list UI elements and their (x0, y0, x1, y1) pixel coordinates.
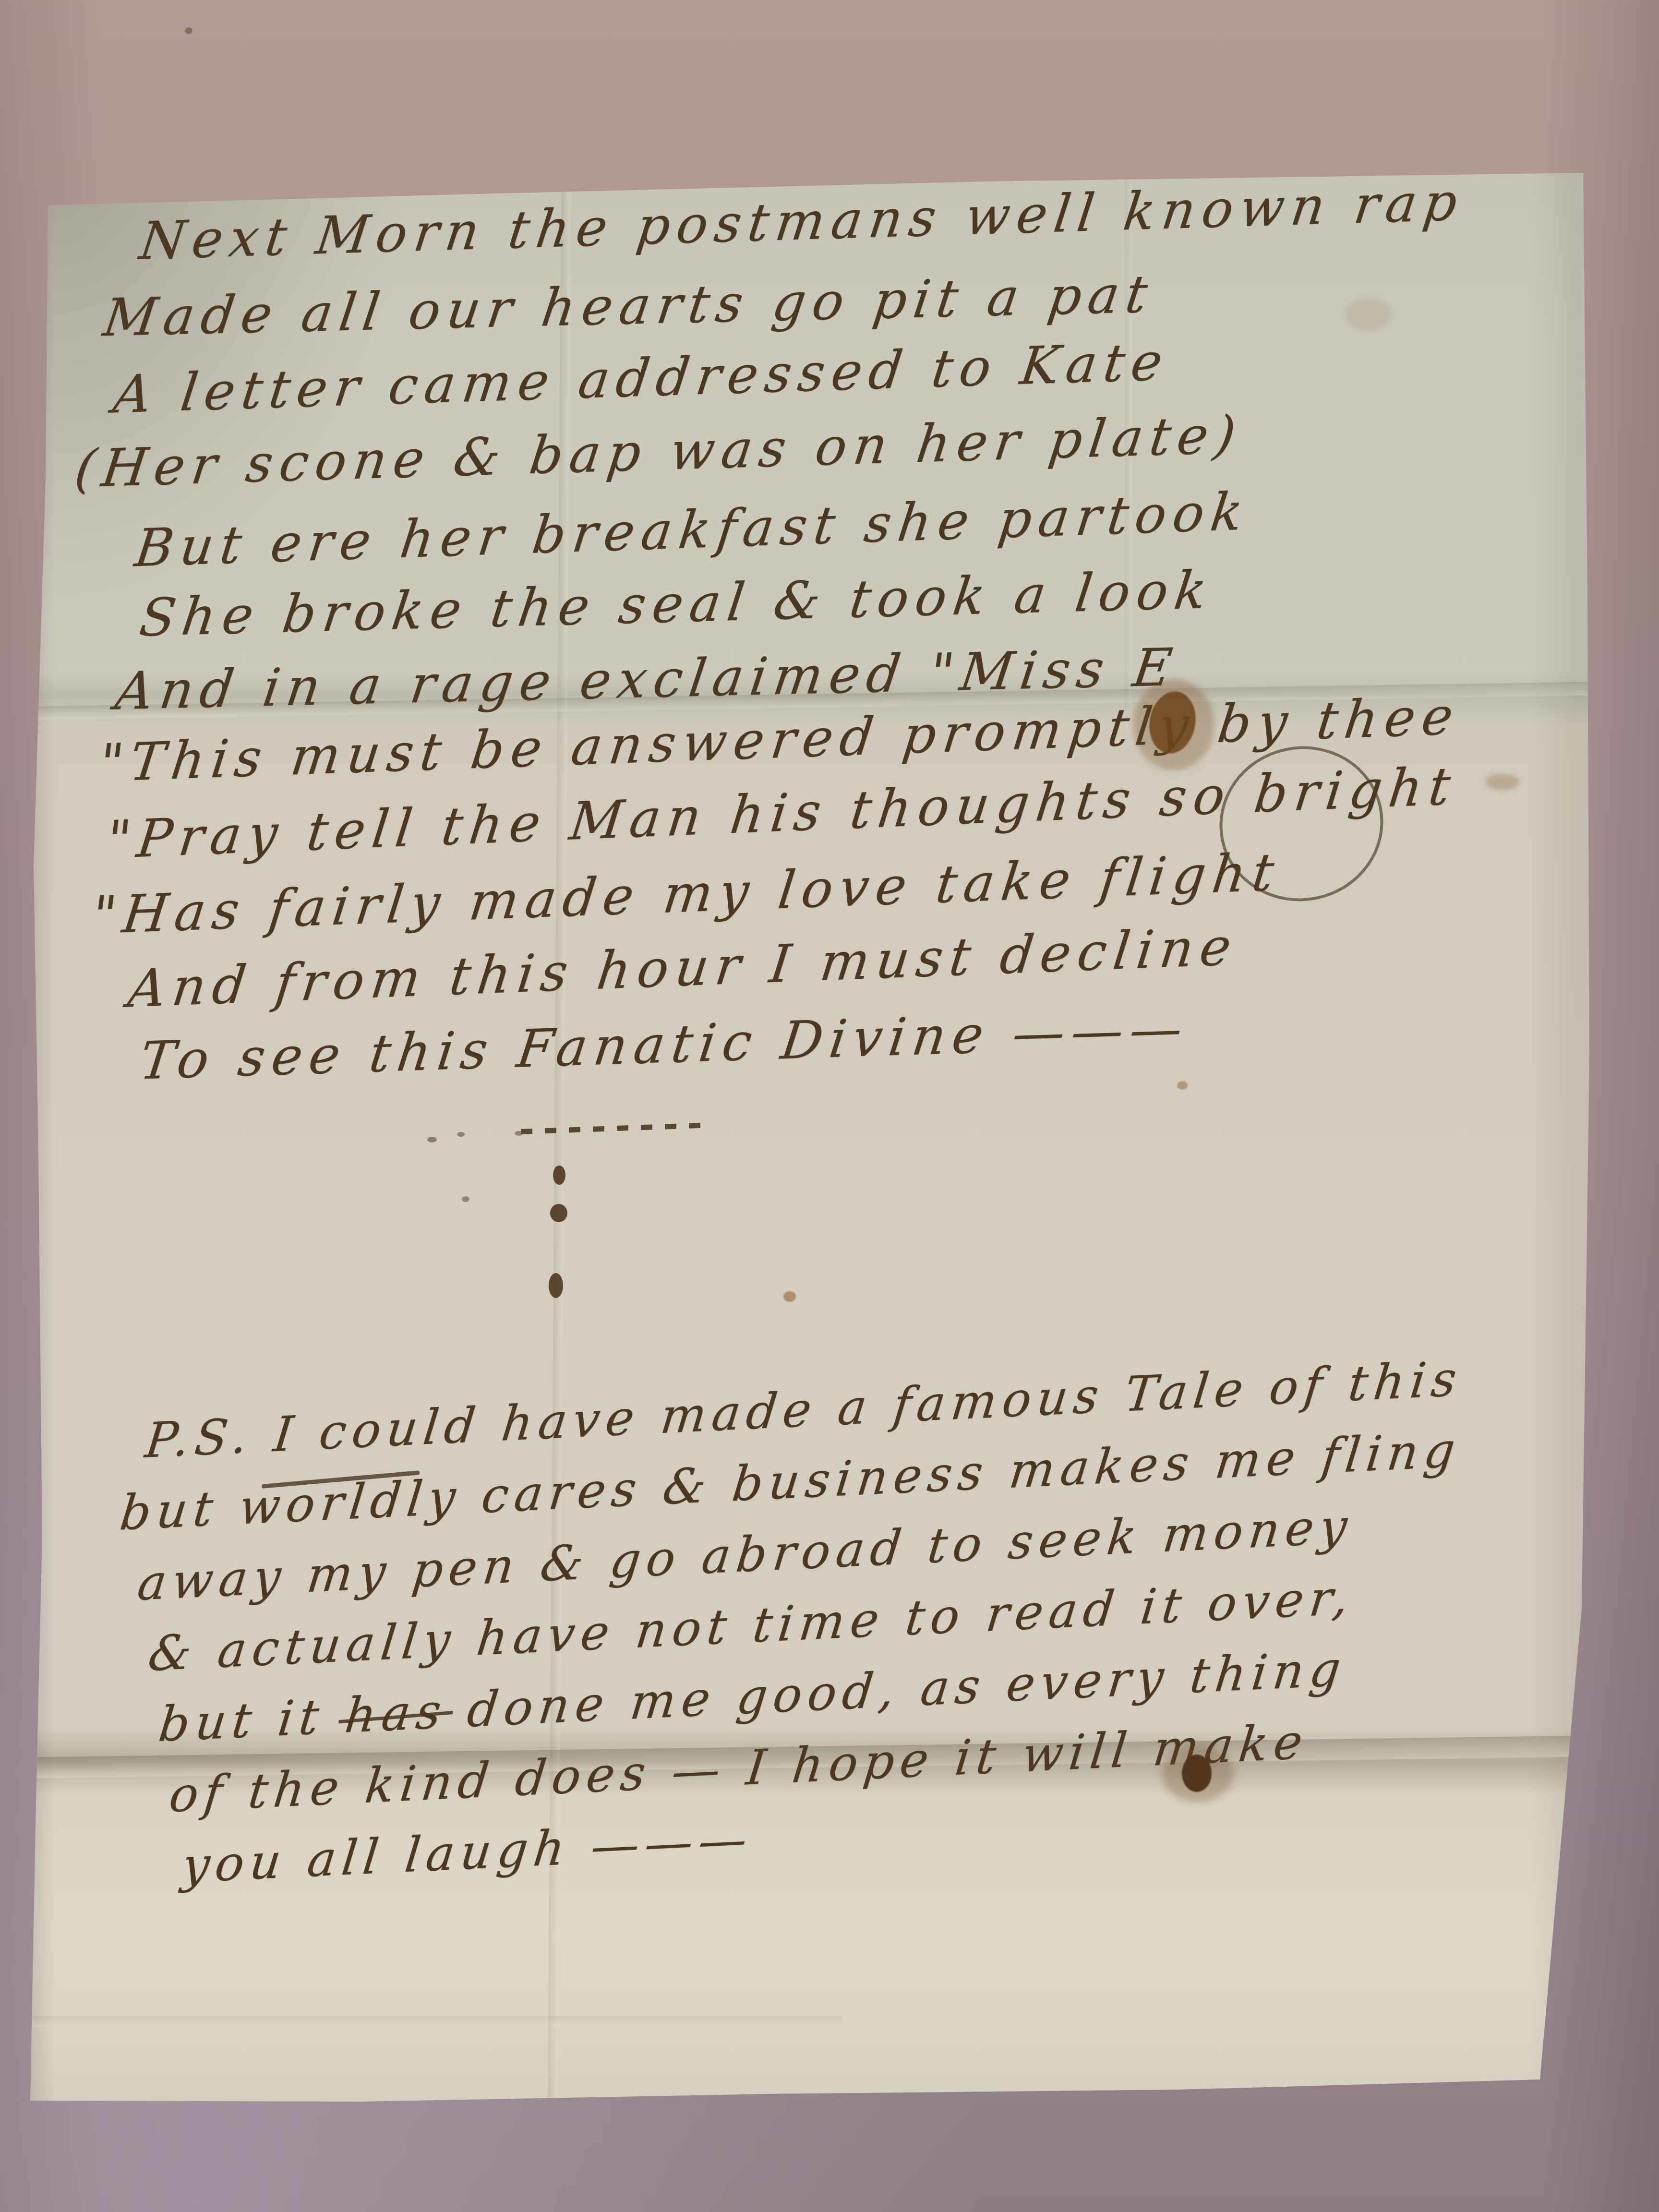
paper-speck (462, 1196, 469, 1202)
faint-stain (1344, 298, 1392, 331)
rust-dot (783, 1291, 796, 1302)
horizontal-fold-crease-bottom-faint (26, 2016, 842, 2027)
crease-speck (550, 1204, 567, 1222)
poem-final-line-pre: To see this (136, 1019, 521, 1091)
paper-speck (457, 1132, 465, 1137)
ps-line5-pre: but it (156, 1687, 349, 1753)
crease-speck (549, 1273, 563, 1298)
word-fanatic: Fanatic (514, 1012, 762, 1080)
photo-surface: Next Morn the postmans well known rap Ma… (0, 0, 1659, 2212)
postscript: P.S. I could have made a famous Tale of … (120, 1343, 1657, 1965)
paper-speck (427, 1137, 437, 1142)
ps-line: you all laugh ——— (180, 1811, 756, 1894)
surface-speck (185, 27, 192, 34)
word-has-struck-through: has (342, 1683, 450, 1744)
faint-smudge (1486, 774, 1519, 790)
paper-speck (515, 1131, 523, 1136)
ink-blot-bottom-fold (1182, 1755, 1212, 1792)
rust-dot (1177, 1081, 1188, 1090)
crease-speck (553, 1166, 565, 1185)
